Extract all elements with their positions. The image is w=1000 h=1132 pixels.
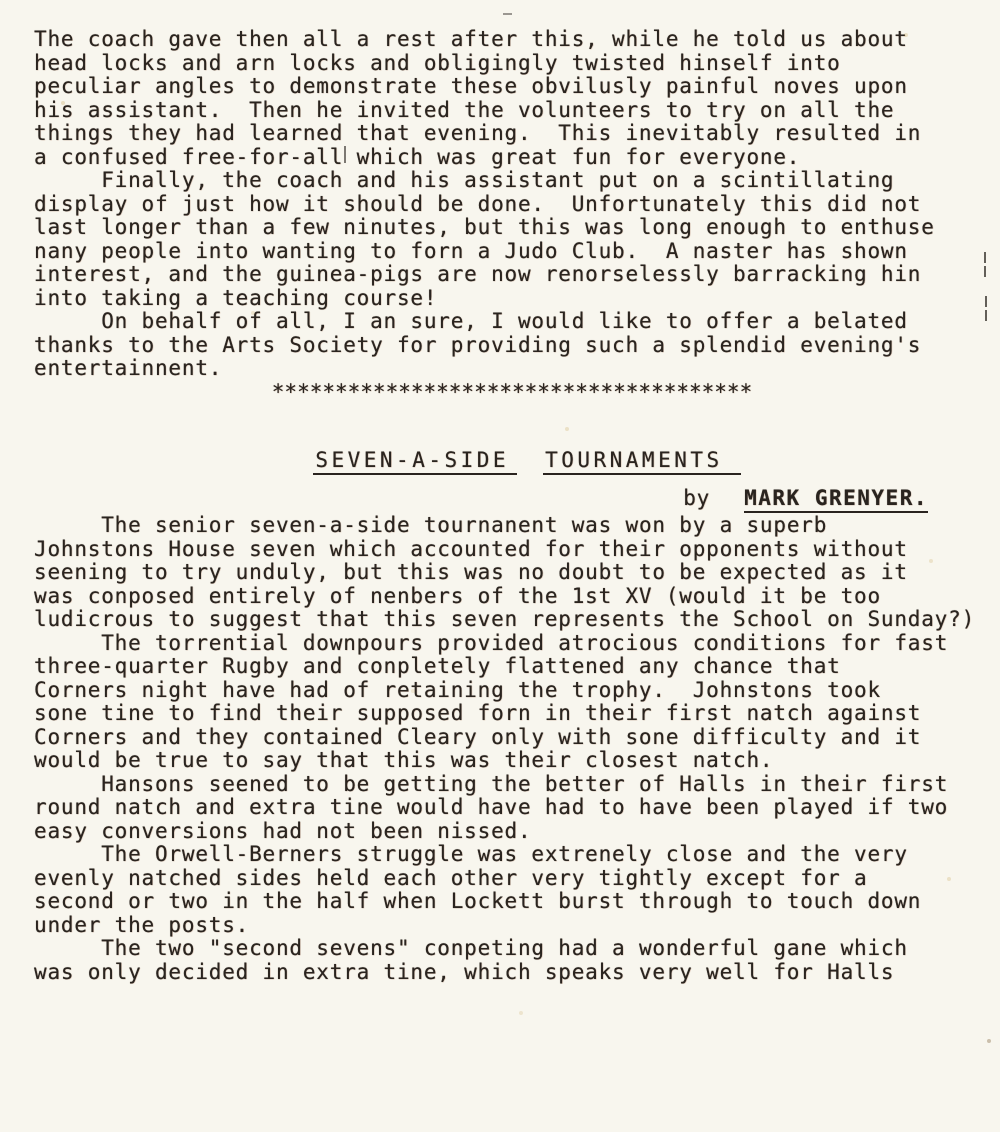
section-heading: SEVEN-A-SIDETOURNAMENTS — [64, 449, 990, 473]
byline-prefix: by — [683, 486, 710, 510]
paragraph-torrential: The torrential downpours provided atroci… — [34, 632, 990, 773]
byline: byMARK GRENYER. — [34, 487, 990, 511]
scan-artifact — [503, 13, 512, 15]
paper-texture — [0, 0, 2, 2]
scan-artifact — [344, 146, 346, 163]
paragraph-judo-thanks: On behalf of all, I an sure, I would lik… — [34, 310, 990, 381]
heading-title-part1: SEVEN-A-SIDE — [313, 448, 517, 475]
paragraph-second-sevens: The two "second sevens" conpeting had a … — [34, 937, 990, 984]
paragraph-judo-rest: The coach gave then all a rest after thi… — [34, 28, 990, 169]
paragraph-senior-sevens: The senior seven-a-side tournanent was w… — [34, 514, 990, 632]
paragraph-orwell-berners: The Orwell-Berners struggle was extrenel… — [34, 843, 990, 937]
paragraph-hansons: Hansons seened to be getting the better … — [34, 773, 990, 844]
scan-artifact — [985, 310, 987, 321]
scan-artifact — [984, 266, 986, 277]
scan-artifact — [984, 252, 986, 263]
scan-artifact — [985, 296, 987, 307]
document-page: The coach gave then all a rest after thi… — [0, 0, 1000, 1132]
paragraph-judo-finale: Finally, the coach and his assistant put… — [34, 169, 990, 310]
heading-title-part2: TOURNAMENTS — [543, 448, 741, 475]
byline-author: MARK GRENYER. — [744, 486, 928, 513]
asterisk-separator: ************************************** — [34, 381, 990, 405]
